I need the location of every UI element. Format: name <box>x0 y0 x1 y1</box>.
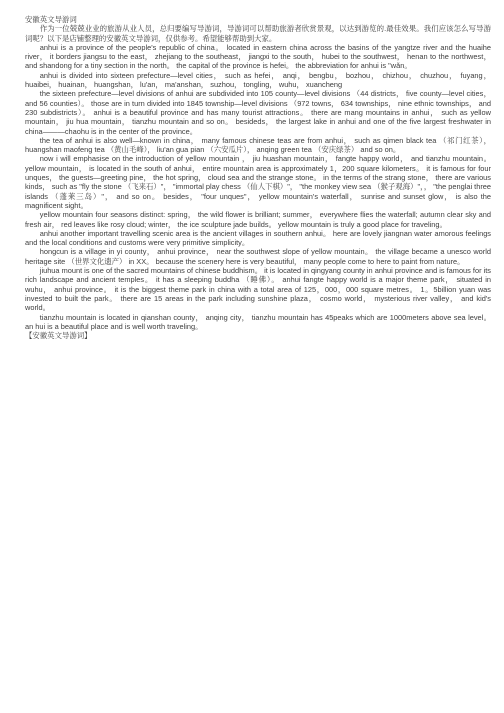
paragraph-intro-chinese: 作为一位兢兢业业的旅游从业人员，总归要编写导游词，导游词可以帮助旅游者欣赏景观，… <box>25 24 491 43</box>
paragraph-jiuhua-fangte: jiuhua mount is one of the sacred mounta… <box>25 266 491 312</box>
paragraph-four-seasons: yellow mountain four seasons distinct: s… <box>25 210 491 229</box>
document-title: 安徽英文导游词 <box>25 15 491 24</box>
paragraph-ancient-villages: anhui another important travelling sceni… <box>25 229 491 248</box>
paragraph-province-intro: anhui is a province of the people's repu… <box>25 43 491 71</box>
paragraph-divisions: the sixteen prefecture—level divisions o… <box>25 89 491 135</box>
document-page: 安徽英文导游词 作为一位兢兢业业的旅游从业人员，总归要编写导游词，导游词可以帮助… <box>0 0 504 713</box>
paragraph-tea: the tea of anhui is also well—known in c… <box>25 136 491 155</box>
document-footer: 【安徽英文导游词】 <box>25 331 491 340</box>
paragraph-hongcun: hongcun is a village in yi county， anhui… <box>25 247 491 266</box>
paragraph-tianzhu: tianzhu mountain is located in qianshan … <box>25 313 491 332</box>
paragraph-prefecture-cities: anhui is divided into sixteen prefecture… <box>25 71 491 90</box>
document-body: 安徽英文导游词 作为一位兢兢业业的旅游从业人员，总归要编写导游词，导游词可以帮助… <box>0 0 504 340</box>
paragraph-yellow-mountain: now i will emphasise on the introduction… <box>25 154 491 210</box>
